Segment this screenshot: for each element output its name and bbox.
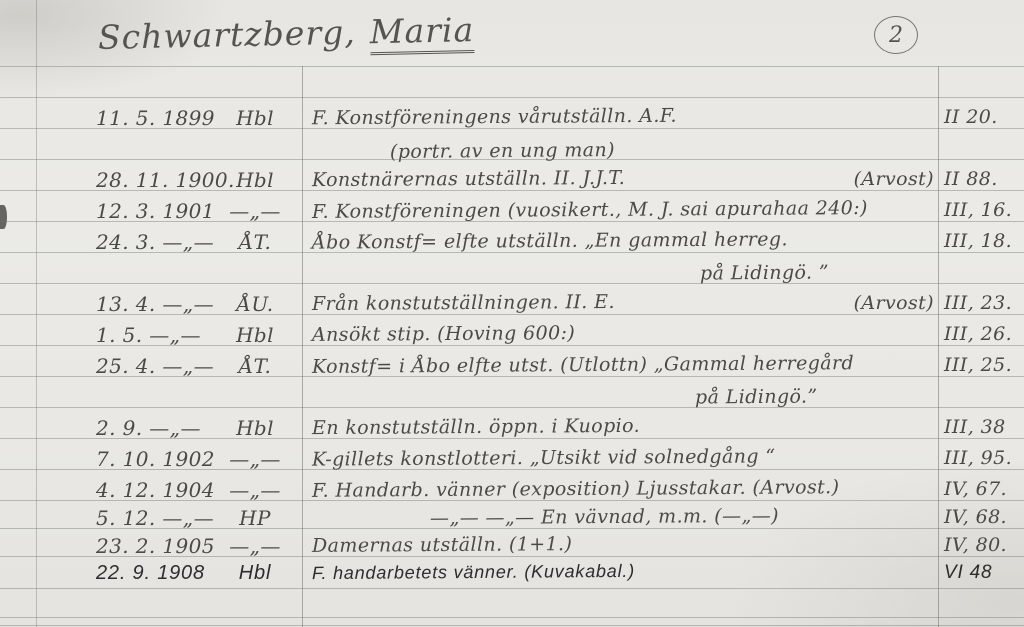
column-rule-right xyxy=(938,66,939,627)
ruled-line xyxy=(0,159,1024,160)
entry-description: F. handarbetets vänner. (Kuvakabal.) xyxy=(312,561,635,584)
entry-description: K-gillets konstlotteri. „Utsikt vid soln… xyxy=(312,445,776,470)
entry-source: ÅU. xyxy=(212,292,298,316)
firstname-text: Maria xyxy=(369,10,474,55)
entry-reference: III, 16. xyxy=(944,199,1012,221)
ruled-line xyxy=(0,252,1024,253)
entry-description: En konstutställn. öppn. i Kuopio. xyxy=(312,415,640,439)
ruled-line xyxy=(0,617,1024,618)
entry-description: Damernas utställn. (1+1.) xyxy=(312,533,572,557)
entry-date: 4. 12. 1904 xyxy=(96,478,215,502)
entry-date: 5. 12. —„— xyxy=(96,506,214,530)
entry-date: 25. 4. —„— xyxy=(96,354,214,378)
entry-reference: III, 23. xyxy=(944,292,1012,314)
entry-description-continued: på Lidingö. ” xyxy=(700,261,829,284)
entry-source: —„— xyxy=(212,447,298,471)
entry-source: Hbl xyxy=(212,416,298,440)
ruled-line xyxy=(0,500,1024,501)
entry-description: Ansökt stip. (Hoving 600:) xyxy=(312,322,575,346)
ledger-page: Schwartzberg,Maria 2 11. 5. 1899 Hbl F. … xyxy=(0,0,1024,627)
entry-source: Hbl xyxy=(212,106,298,130)
entry-date: 1. 5. —„— xyxy=(96,323,201,347)
ruled-line xyxy=(0,190,1024,191)
ruled-line xyxy=(0,556,1024,557)
column-rule-left xyxy=(302,66,303,627)
entry-source: ÅT. xyxy=(212,230,298,254)
page-number-badge: 2 xyxy=(874,16,918,54)
entry-reference: IV, 80. xyxy=(944,534,1007,556)
ruled-line xyxy=(0,407,1024,408)
entry-reference: VI 48 xyxy=(944,562,992,584)
surname-text: Schwartzberg, xyxy=(98,13,356,57)
entry-reference: III, 38 xyxy=(944,416,1006,438)
ink-smudge xyxy=(0,205,7,229)
entry-date: 7. 10. 1902 xyxy=(96,447,215,471)
ruled-line xyxy=(0,221,1024,222)
entry-reference: IV, 67. xyxy=(944,478,1007,500)
entry-reference: III, 18. xyxy=(944,230,1012,252)
entry-source: —„— xyxy=(212,199,298,223)
ruled-line xyxy=(0,128,1024,129)
entry-source: Hbl xyxy=(212,323,298,347)
ruled-line xyxy=(0,345,1024,346)
entry-description: —„— —„— En vävnad, m.m. (—„—) xyxy=(430,505,779,529)
entry-note: (Arvost) xyxy=(700,292,934,314)
entry-reference: III, 25. xyxy=(944,354,1012,376)
ruled-line xyxy=(0,528,1024,529)
entry-source: —„— xyxy=(212,478,298,502)
entry-date: 12. 3. 1901 xyxy=(96,199,215,223)
ruled-line xyxy=(0,97,1024,98)
ruled-line xyxy=(0,588,1024,589)
entry-description-continued: på Lidingö.” xyxy=(695,385,818,408)
entry-description: F. Konstföreningens vårutställn. A.F. xyxy=(312,105,677,130)
page-title: Schwartzberg,Maria xyxy=(98,10,475,57)
entry-source: Hbl xyxy=(212,168,298,192)
entry-date: 24. 3. —„— xyxy=(96,230,214,254)
ruled-line xyxy=(0,625,1024,626)
entry-reference: II 88. xyxy=(944,168,998,190)
ruled-line xyxy=(0,283,1024,284)
entry-date: 23. 2. 1905 xyxy=(96,534,215,558)
entry-reference: III, 26. xyxy=(944,323,1012,345)
entry-date: 11. 5. 1899 xyxy=(96,106,215,130)
entry-note: (Arvost) xyxy=(700,168,934,190)
entry-reference: III, 95. xyxy=(944,447,1012,469)
entry-source: HP xyxy=(212,506,298,530)
ruled-line xyxy=(0,376,1024,377)
entry-reference: IV, 68. xyxy=(944,506,1007,528)
ruled-line xyxy=(0,438,1024,439)
entry-source: —„— xyxy=(212,534,298,558)
entry-date: 22. 9. 1908 xyxy=(96,562,205,585)
ruled-line xyxy=(0,314,1024,315)
entry-description: Konstf= i Åbo elfte utst. (Utlottn) „Gam… xyxy=(312,352,854,378)
entry-description: Åbo Konstf= elfte utställn. „En gammal h… xyxy=(312,228,788,253)
entry-source: ÅT. xyxy=(212,354,298,378)
entry-date: 13. 4. —„— xyxy=(96,292,214,316)
entry-date: 2. 9. —„— xyxy=(96,416,201,440)
entry-description: F. Handarb. vänner (exposition) Ljusstak… xyxy=(312,476,839,502)
entry-description: Från konstutställningen. II. E. xyxy=(312,291,615,315)
entry-reference: II 20. xyxy=(944,106,998,128)
entry-description: Konstnärernas utställn. II. J.J.T. xyxy=(312,167,625,191)
ruled-line xyxy=(0,66,1024,67)
entry-source: Hbl xyxy=(212,562,298,585)
ruled-line xyxy=(0,469,1024,470)
entry-description: F. Konstföreningen (vuosikert., M. J. sa… xyxy=(312,197,868,223)
